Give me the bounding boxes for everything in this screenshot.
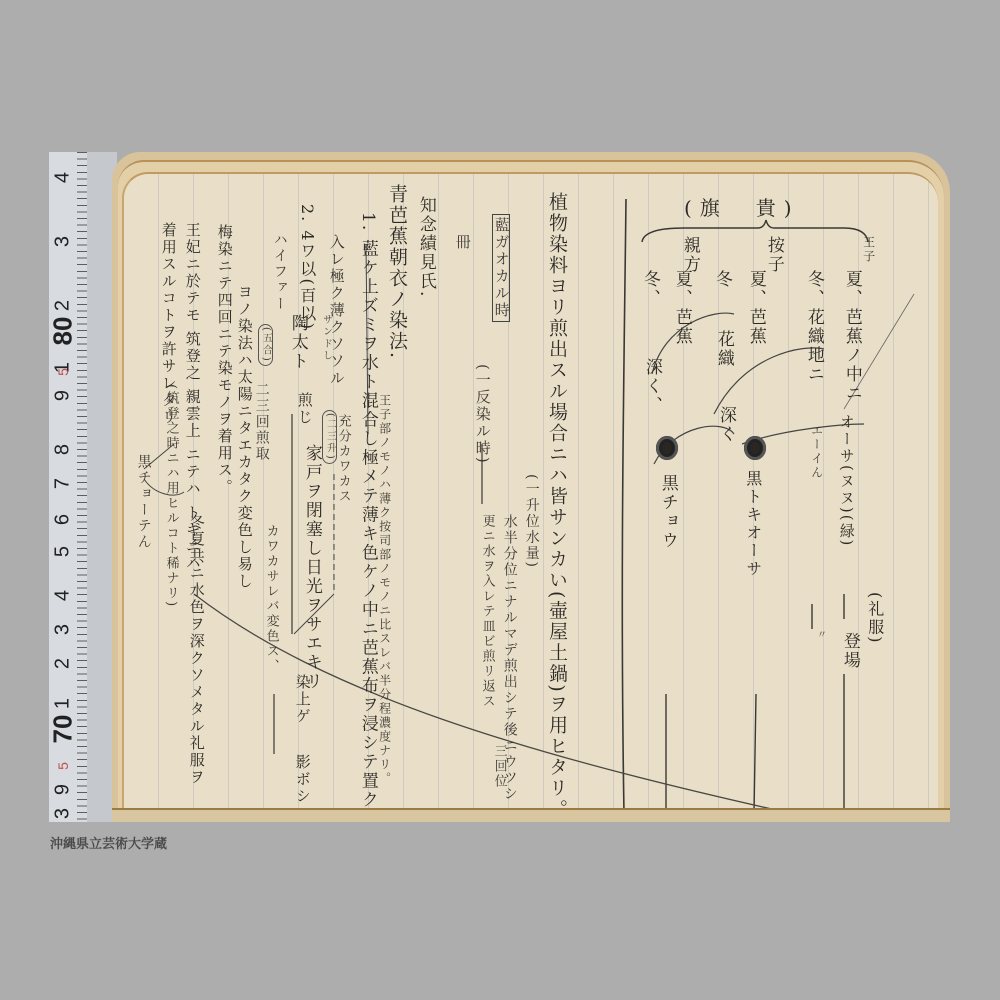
left-col-1: 梅染ニテ四回ニテ染モノヲ着用ス。 <box>216 224 232 496</box>
ruler-number: 80 <box>48 326 79 346</box>
notebook-page: (旗 貴) 王子 夏、芭蕉ノ中ニ オーサ(ヌヌ)(緑) 登場 (礼服) 冬、花織… <box>122 172 938 812</box>
note-ittan: (一反染ル時) <box>474 364 490 465</box>
heading-kizoku: (旗 貴) <box>684 198 800 219</box>
ruler-number: 1 <box>52 694 75 714</box>
ruler-ticks <box>77 152 87 822</box>
step-2-close-house: 家戸ヲ閉塞し日光ヲサエキリ <box>302 444 320 691</box>
oyakata-fuka: 深く、 <box>642 358 660 415</box>
left-col-7: 黒チョーテん <box>136 454 151 550</box>
oyakata-winter: 冬、 <box>640 270 658 308</box>
dye-main-text: 植物染料ヨリ煎出スル場合ニハ皆サンカい(壷屋土鍋)ヲ用ヒタリ。 <box>546 192 566 820</box>
oji-winter-note: エーイん <box>810 424 823 480</box>
left-col-6: (筑登之時ニハ用ヒルコト稀ナリ) <box>164 384 178 608</box>
step-2-sanbon: サンドし <box>320 314 331 362</box>
left-col-2: ヨノ染法ハ太陽ニタエカタク変色し易し <box>236 284 252 590</box>
ruler-number: 3 <box>52 620 75 640</box>
step-1-note: 王子部ノモノハ薄ク按司部ノモノニ比スレバ半分程濃度ナリ。 <box>378 394 391 786</box>
anji-kuro: 黒トキオーサ <box>744 470 761 578</box>
oji-osa: オーサ(ヌヌ)(緑) <box>838 414 854 547</box>
notebook: (旗 貴) 王子 夏、芭蕉ノ中ニ オーサ(ヌヌ)(緑) 登場 (礼服) 冬、花織… <box>112 152 950 822</box>
step-2-some: 染上ゲ <box>294 674 310 725</box>
step-2-kage: 影ボシ <box>294 754 310 805</box>
collection-credit: 沖縄県立芸術大学蔵 <box>50 833 167 852</box>
oyakata-kuro: 黒チョウ <box>658 474 676 550</box>
ruler-number: 9 <box>52 780 75 800</box>
step-2-sento: 煎じ <box>296 392 312 426</box>
label-oyakata: 親方 <box>680 236 698 274</box>
anji-fuka: 深く <box>716 406 734 444</box>
step-2-haifa: ハイファー <box>272 232 287 312</box>
side-label-boxed: 藍ガオカル時 <box>492 214 510 322</box>
step-1: 1. 藍ケ上ズミヲ水ト混合し極メテ薄キ色ケノ中ニ芭蕉布ヲ浸シテ置ク <box>358 212 376 810</box>
step-2-2-3sho: (二三升) <box>322 410 337 464</box>
informant-name: 知念績見氏. <box>416 196 434 298</box>
ruler-number: 70 <box>48 724 79 744</box>
filled-circle-mark <box>656 436 678 460</box>
ruler-number: 5 <box>52 542 75 562</box>
reifuku-note: (礼服) <box>866 592 883 644</box>
ruler-number-red: 5 <box>55 362 71 382</box>
label-oji: 王子 <box>862 236 875 264</box>
left-col-4: 冬夏共ニ水色ヲ深クソメタル礼服ヲ <box>188 514 204 786</box>
ruler-number: 4 <box>52 586 75 606</box>
filled-circle-mark <box>744 436 766 460</box>
step-2-tao: 陶太ト <box>288 314 306 371</box>
oji-winter: 冬、花織地ニ <box>804 270 822 384</box>
page-bottom-edge <box>112 808 950 822</box>
ruler-number: 2 <box>52 296 75 316</box>
ruler-number: 3 <box>52 232 75 252</box>
note-sankai: 三回位 <box>492 744 506 789</box>
ruler-number-red: 5 <box>55 756 71 776</box>
oji-toba: 登場 <box>840 632 858 670</box>
ruler-number: 8 <box>52 440 75 460</box>
step-2: 2. 4ワ以(百以) <box>298 204 315 331</box>
measuring-ruler: 4 3 2 1 80 5 9 8 7 6 5 4 3 2 1 70 5 9 3 <box>49 152 88 822</box>
section-title: 青芭蕉朝衣ノ染法. <box>386 184 406 360</box>
anji-kaori: 花織 <box>714 330 732 368</box>
step-2-kawakasu: カワカサレバ変色ス、 <box>264 524 278 674</box>
step-1-dry: 充分カワカス <box>336 414 350 504</box>
ruler-number: 9 <box>52 386 75 406</box>
note-sara: 更ニ水ヲ入レテ皿ビ煎リ返ス <box>480 514 494 709</box>
label-anji: 按子 <box>764 236 782 274</box>
ruler-number: 7 <box>52 474 75 494</box>
step-2-gogo: (五合) <box>258 324 273 366</box>
step-1-sub: 入レ極ク薄クソソル <box>328 234 344 387</box>
anji-summer: 夏、芭蕉 <box>746 270 764 346</box>
note-ichisho: (一升位水量) <box>524 474 539 569</box>
oyakata-summer: 夏、芭蕉 <box>672 270 690 346</box>
step-2-nisan: 二三回煎取 <box>254 382 269 462</box>
ruler-number: 2 <box>52 654 75 674</box>
ruler-number: 3 <box>52 804 75 824</box>
side-mark: 冊 <box>454 234 470 251</box>
ruler-number: 6 <box>52 510 75 530</box>
ditto-mark: 〃 <box>814 629 825 641</box>
anji-winter: 冬 <box>712 270 730 289</box>
ruler-number: 4 <box>52 168 75 188</box>
oji-summer: 夏、芭蕉ノ中ニ <box>842 270 860 403</box>
